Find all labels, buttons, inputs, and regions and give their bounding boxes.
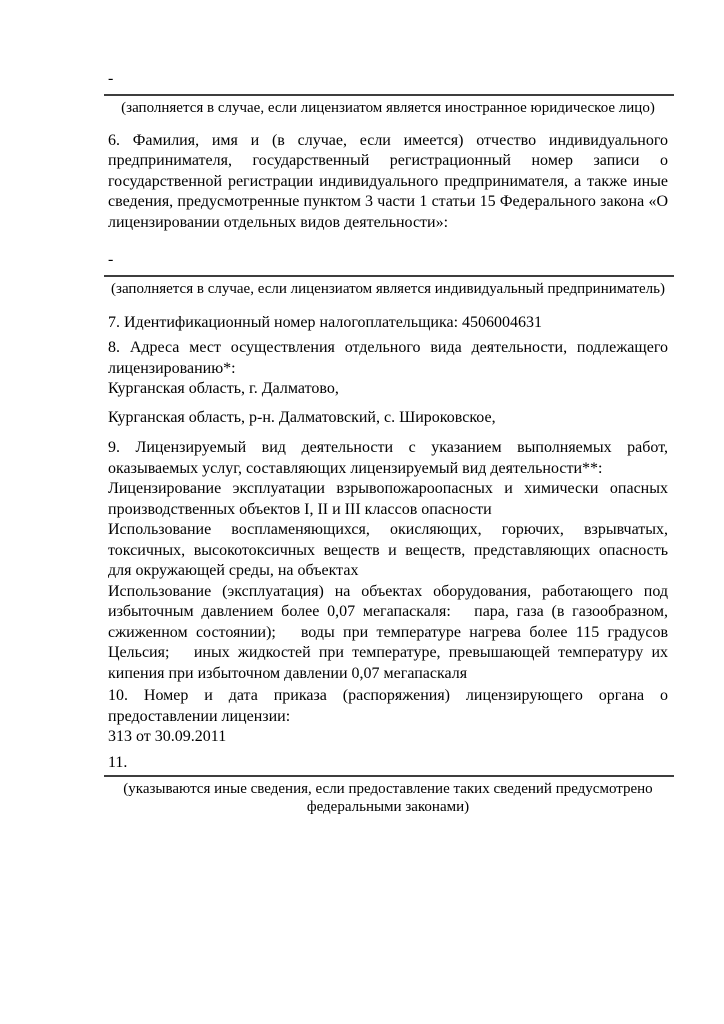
item-8-address-line: Курганская область, р-н. Далматовский, с… (108, 408, 668, 429)
item-7-taxpayer-number: 7. Идентификационный номер налогоплатель… (108, 313, 668, 334)
individual-entrepreneur-field-caption: (заполняется в случае, если лицензиатом … (108, 280, 668, 298)
item-10-paragraph: 10. Номер и дата приказа (распоряжения) … (108, 686, 668, 727)
item-9-activity-line: Лицензирование эксплуатации взрывопожаро… (108, 479, 668, 520)
license-document-page: - (заполняется в случае, если лицензиато… (0, 0, 724, 1024)
section-individual-entrepreneur-field: - (заполняется в случае, если лицензиато… (108, 250, 668, 298)
section-item-9-licensed-activity: 9. Лицензируемый вид деятельности с указ… (108, 438, 668, 684)
item-8-address-line: Курганская область, г. Далматово, (108, 379, 668, 400)
section-item-8-addresses: 8. Адреса мест осуществления отдельного … (108, 338, 668, 428)
section-item-11-other-info: 11. (указываются иные сведения, если пре… (108, 753, 668, 817)
item-9-activity-line: Использование воспламеняющихся, окисляющ… (108, 520, 668, 582)
individual-entrepreneur-field-underline (104, 275, 674, 277)
item-6-paragraph: 6. Фамилия, имя и (в случае, если имеетс… (108, 131, 668, 234)
foreign-entity-field-caption: (заполняется в случае, если лицензиатом … (108, 99, 668, 117)
item-11-number: 11. (108, 753, 668, 774)
individual-entrepreneur-blank-value: - (108, 250, 668, 271)
section-foreign-entity-field: - (заполняется в случае, если лицензиато… (108, 69, 668, 117)
item-9-paragraph: 9. Лицензируемый вид деятельности с указ… (108, 438, 668, 479)
foreign-entity-field-underline (104, 94, 674, 96)
item-9-activity-line: Использование (эксплуатация) на объектах… (108, 582, 668, 685)
item-11-field-caption: (указываются иные сведения, если предост… (108, 780, 668, 816)
item-11-field-underline (104, 775, 674, 777)
item-8-paragraph: 8. Адреса мест осуществления отдельного … (108, 338, 668, 379)
section-item-10-order: 10. Номер и дата приказа (распоряжения) … (108, 686, 668, 748)
foreign-entity-blank-value: - (108, 69, 668, 90)
item-10-order-number-value: 313 от 30.09.2011 (108, 727, 668, 748)
